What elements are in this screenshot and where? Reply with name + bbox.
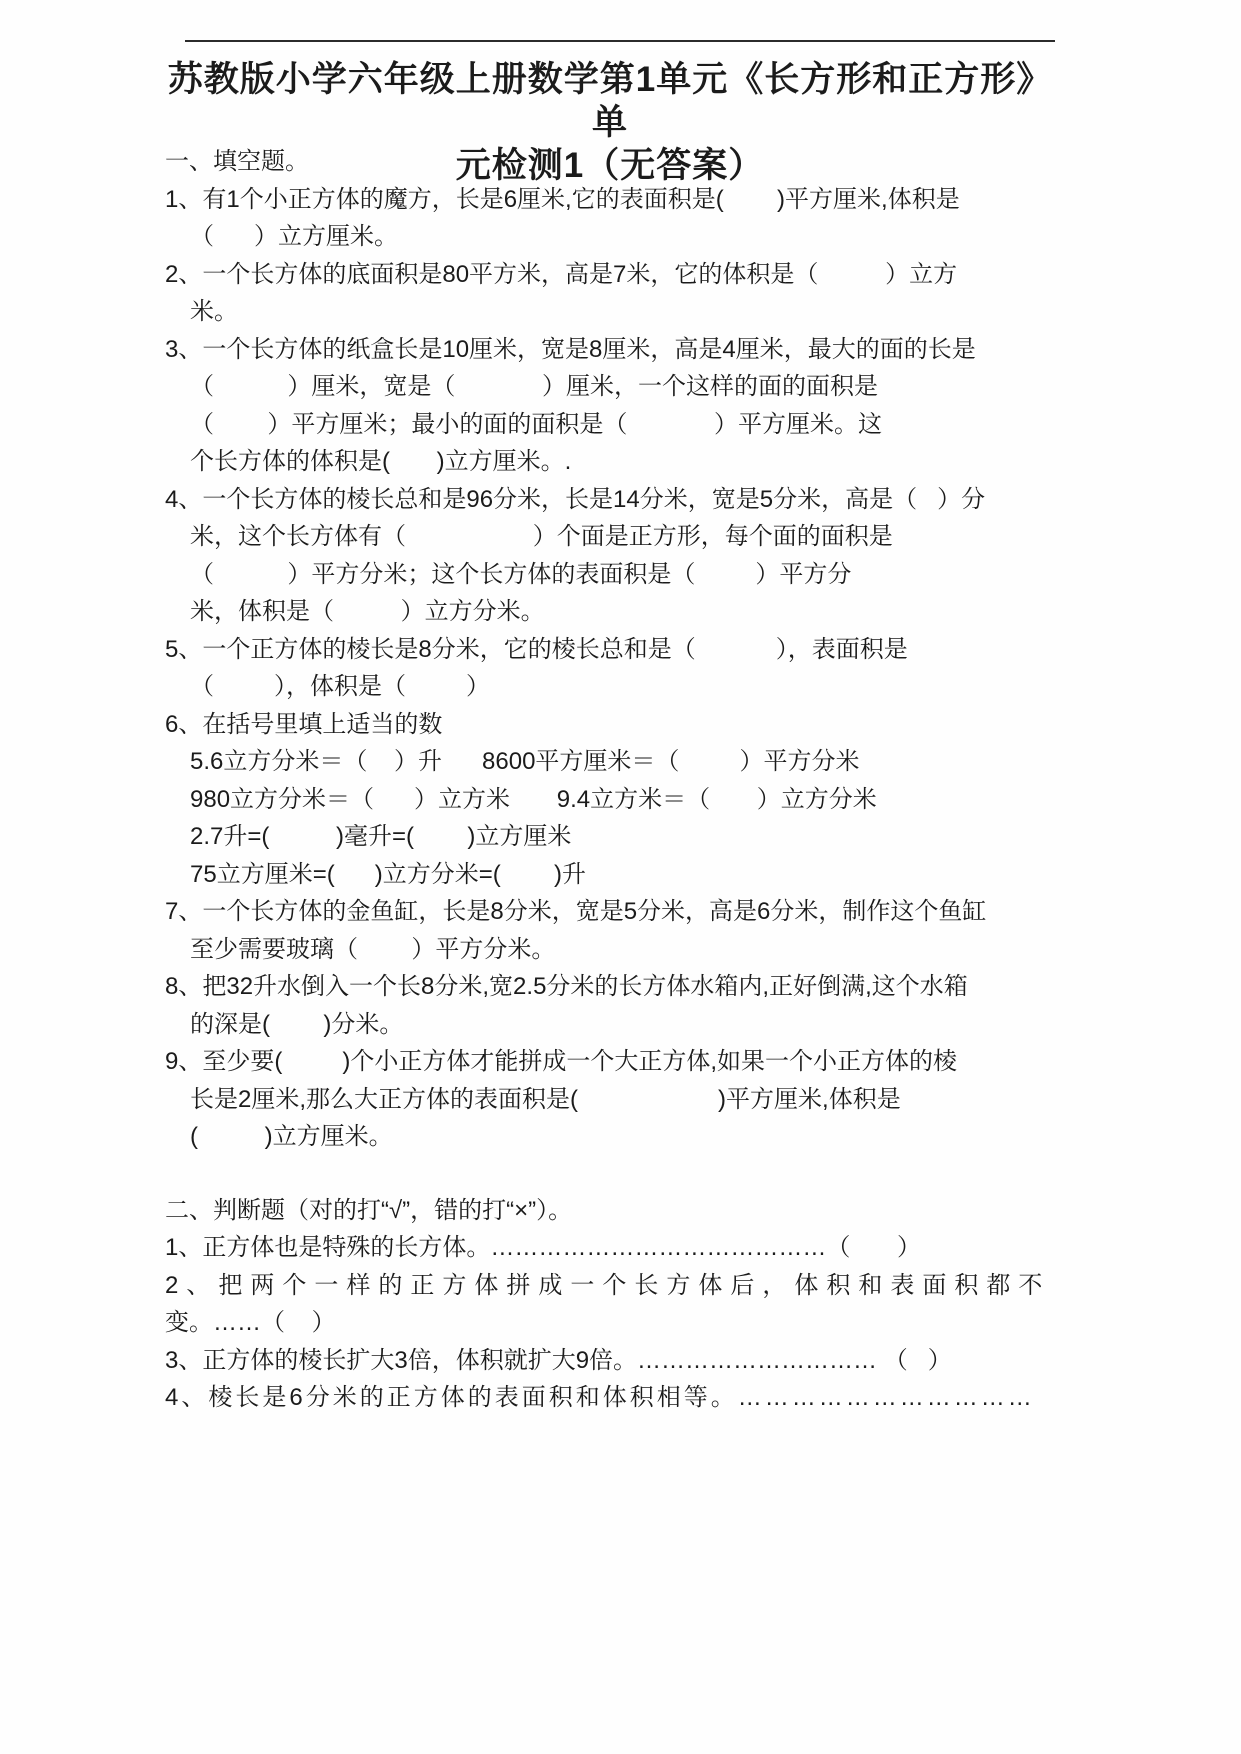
q4-line1: 4、一个长方体的棱长总和是96分米，长是14分米，宽是5分米，高是（ ）分 (165, 481, 1085, 519)
judge3-line: 3、正方体的棱长扩大3倍，体积就扩大9倍。………………………… （ ） (165, 1342, 1085, 1380)
judge1-line: 1、正方体也是特殊的长方体。……………………………………（ ） (165, 1229, 1085, 1267)
q3-line1: 3、一个长方体的纸盒长是10厘米，宽是8厘米，高是4厘米，最大的面的长是 (165, 331, 1085, 369)
q2-line2: 米。 (165, 293, 1085, 331)
judge2-line2: 变。……（ ） (165, 1304, 1085, 1342)
q4-line4: 米，体积是（ ）立方分米。 (165, 593, 1085, 631)
q6-conversion-3: 2.7升=( )毫升=( )立方厘米 (165, 818, 1085, 856)
q1-line1: 1、有1个小正方体的魔方，长是6厘米,它的表面积是( )平方厘米,体积是 (165, 181, 1085, 219)
q3-line4: 个长方体的体积是( )立方厘米。. (165, 443, 1085, 481)
q6-conversion-4: 75立方厘米=( )立方分米=( )升 (165, 856, 1085, 894)
q8-line1: 8、把32升水倒入一个长8分米,宽2.5分米的长方体水箱内,正好倒满,这个水箱 (165, 968, 1085, 1006)
q3-line2: （ ）厘米，宽是（ ）厘米，一个这样的面的面积是 (165, 368, 1085, 406)
q8-line2: 的深是( )分米。 (165, 1006, 1085, 1044)
q4-line3: （ ）平方分米；这个长方体的表面积是（ ）平方分 (165, 556, 1085, 594)
page-title-line1: 苏教版小学六年级上册数学第1单元《长方形和正方形》单 (168, 60, 1052, 142)
q9-line1: 9、至少要( )个小正方体才能拼成一个大正方体,如果一个小正方体的棱 (165, 1043, 1085, 1081)
q2-line1: 2、一个长方体的底面积是80平方米，高是7米，它的体积是（ ）立方 (165, 256, 1085, 294)
worksheet-page: 苏教版小学六年级上册数学第1单元《长方形和正方形》单元检测1（无答案） 一、填空… (0, 0, 1241, 1754)
q3-line3: （ ）平方厘米；最小的面的面积是（ ）平方厘米。这 (165, 406, 1085, 444)
section2-heading: 二、判断题（对的打“√”，错的打“×”）。 (165, 1192, 1085, 1230)
judge2-line1: 2、把两个一样的正方体拼成一个长方体后，体积和表面积都不 (165, 1267, 1085, 1305)
judge4-line: 4、棱长是6分米的正方体的表面积和体积相等。…………………………… (165, 1379, 1085, 1417)
q7-line1: 7、一个长方体的金鱼缸，长是8分米，宽是5分米，高是6分米，制作这个鱼缸 (165, 893, 1085, 931)
worksheet-body: 一、填空题。 1、有1个小正方体的魔方，长是6厘米,它的表面积是( )平方厘米,… (165, 143, 1085, 1417)
q6-conversion-1: 5.6立方分米＝（ ）升 8600平方厘米＝（ ）平方分米 (165, 743, 1085, 781)
q4-line2: 米，这个长方体有（ ）个面是正方形，每个面的面积是 (165, 518, 1085, 556)
header-rule (185, 40, 1055, 42)
q7-line2: 至少需要玻璃（ ）平方分米。 (165, 931, 1085, 969)
q9-line3: ( )立方厘米。 (165, 1118, 1085, 1156)
section1-heading: 一、填空题。 (165, 143, 1085, 181)
q9-line2: 长是2厘米,那么大正方体的表面积是( )平方厘米,体积是 (165, 1081, 1085, 1119)
q1-line2: （ ）立方厘米。 (165, 218, 1085, 256)
q6-line1: 6、在括号里填上适当的数 (165, 706, 1085, 744)
q6-conversion-2: 980立方分米＝（ ）立方米 9.4立方米＝（ ）立方分米 (165, 781, 1085, 819)
q5-line2: （ ），体积是（ ） (165, 668, 1085, 706)
q5-line1: 5、一个正方体的棱长是8分米，它的棱长总和是（ ），表面积是 (165, 631, 1085, 669)
